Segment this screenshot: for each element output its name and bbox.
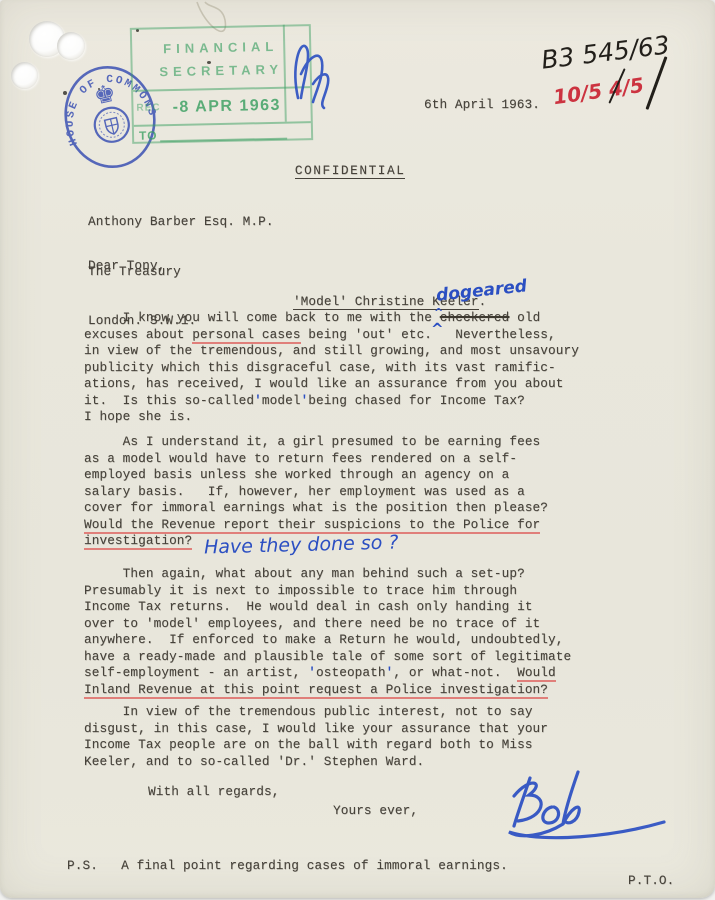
- typed-line: anywhere. If enforced to make a Return h…: [84, 632, 571, 649]
- typed-text: being chased for Income Tax?: [308, 393, 525, 408]
- typed-line: Presumably it is next to impossible to t…: [84, 583, 571, 600]
- typed-text: salary basis. If, however, her employmen…: [84, 484, 525, 499]
- stamp-to-label: TO: [139, 128, 158, 142]
- typed-text: anywhere. If enforced to make a Return h…: [84, 632, 564, 647]
- typed-line: it. Is this so-called'model'being chased…: [84, 393, 579, 410]
- typed-line: as a model would have to return fees ren…: [84, 451, 548, 468]
- typed-text: osteopath: [316, 665, 386, 680]
- typed-text: Income Tax returns. He would deal in cas…: [84, 599, 533, 614]
- typed-text: as a model would have to return fees ren…: [84, 451, 517, 466]
- punch-hole: [57, 32, 85, 60]
- red-date-note: 10/5 4/5: [552, 73, 646, 109]
- typed-text: self-employment - an artist,: [84, 665, 308, 680]
- typed-text: I know you will come back to me with the: [84, 310, 440, 325]
- typed-line: cover for immoral earnings what is the p…: [84, 500, 548, 517]
- closing-yours-ever: Yours ever,: [333, 803, 418, 820]
- typed-line: As I understand it, a girl presumed to b…: [84, 434, 548, 451]
- salutation: Dear Tony,: [88, 258, 165, 275]
- punch-hole: [11, 62, 38, 89]
- red-underlined-text: investigation?: [84, 533, 192, 550]
- stamp-rec-label: REC: [136, 102, 160, 114]
- typed-line: Then again, what about any man behind su…: [84, 566, 571, 583]
- typed-line: salary basis. If, however, her employmen…: [84, 484, 548, 501]
- typed-line: Inland Revenue at this point request a P…: [84, 682, 571, 699]
- registry-initials-scribble: [288, 34, 346, 112]
- typed-text: being 'out' etc. Nevertheless,: [301, 327, 556, 342]
- typed-line: I hope she is.: [84, 409, 579, 426]
- blue-ink-quote: ': [254, 393, 262, 408]
- please-turn-over: P.T.O.: [628, 873, 674, 890]
- margin-question-handwriting: Have they done so ?: [204, 531, 399, 558]
- struck-word: checkered: [440, 310, 510, 325]
- typed-text: publicity which this disgraceful case, w…: [84, 360, 556, 375]
- paragraph-3: Then again, what about any man behind su…: [84, 566, 571, 698]
- scanned-letter-page: { "colors":{ "typewriter_ink":"#46423a",…: [0, 0, 715, 900]
- typed-text: employed basis unless she worked through…: [84, 467, 509, 482]
- paragraph-4: In view of the tremendous public interes…: [84, 704, 548, 770]
- red-underlined-text: Would the Revenue report their suspicion…: [84, 517, 540, 534]
- typed-text: over to 'model' employees, and there nee…: [84, 616, 540, 631]
- paragraph-2: As I understand it, a girl presumed to b…: [84, 434, 548, 550]
- typed-text: Then again, what about any man behind su…: [84, 566, 525, 581]
- typed-line: Income Tax returns. He would deal in cas…: [84, 599, 571, 616]
- paragraph-1: I know you will come back to me with the…: [84, 310, 579, 426]
- stamp-to-row: TO: [134, 121, 311, 144]
- typed-line: over to 'model' employees, and there nee…: [84, 616, 571, 633]
- typed-line: I know you will come back to me with the…: [84, 310, 579, 327]
- typed-text: Keeler, and to so-called 'Dr.' Stephen W…: [84, 754, 424, 769]
- typed-line: In view of the tremendous public interes…: [84, 704, 548, 721]
- insertion-mark: ^: [434, 306, 443, 319]
- red-underlined-text: Inland Revenue at this point request a P…: [84, 682, 548, 699]
- typed-line: Income Tax people are on the ball with r…: [84, 737, 548, 754]
- typed-text: have a ready-made and plausible tale of …: [84, 649, 571, 664]
- typed-text: disgust, in this case, I would like your…: [84, 721, 548, 736]
- classification-heading: CONFIDENTIAL: [258, 146, 405, 196]
- typed-line: Would the Revenue report their suspicion…: [84, 517, 548, 534]
- letter-paper: HOUSE OF COMMONS ♚ FINANCIAL SECRETARY R…: [0, 0, 715, 898]
- typed-text: Presumably it is next to impossible to t…: [84, 583, 517, 598]
- letter-date: 6th April 1963.: [424, 97, 540, 114]
- file-reference-handwriting: B3 545/63: [540, 30, 672, 75]
- postscript: P.S. A final point regarding cases of im…: [67, 858, 508, 875]
- typed-line: ations, has received, I would like an as…: [84, 376, 579, 393]
- stamp-to-line: [160, 138, 287, 143]
- typed-line: in view of the tremendous, and still gro…: [84, 343, 579, 360]
- typed-text: I hope she is.: [84, 409, 192, 424]
- closing-regards: With all regards,: [148, 784, 279, 801]
- typed-text: in view of the tremendous, and still gro…: [84, 343, 579, 358]
- typed-text: , or what-not.: [393, 665, 517, 680]
- recipient-name: Anthony Barber Esq. M.P.: [88, 214, 274, 231]
- typed-text: model: [262, 393, 301, 408]
- black-cross-stroke: [646, 56, 668, 110]
- blue-ink-quote: ': [308, 665, 316, 680]
- red-underlined-text: Would: [517, 665, 556, 682]
- red-underlined-text: personal cases: [192, 327, 300, 344]
- typed-text: cover for immoral earnings what is the p…: [84, 500, 548, 515]
- typed-text: it. Is this so-called: [84, 393, 254, 408]
- typed-line: publicity which this disgraceful case, w…: [84, 360, 579, 377]
- typed-line: self-employment - an artist, 'osteopath'…: [84, 665, 571, 682]
- typed-line: excuses about personal cases being 'out'…: [84, 327, 579, 344]
- insertion-caret: ^: [431, 320, 444, 338]
- typed-line: have a ready-made and plausible tale of …: [84, 649, 571, 666]
- classification-text: CONFIDENTIAL: [295, 163, 406, 180]
- typed-line: employed basis unless she worked through…: [84, 467, 548, 484]
- typed-text: As I understand it, a girl presumed to b…: [84, 434, 540, 449]
- stamp-date: -8 APR 1963: [172, 96, 281, 116]
- typed-text: old: [509, 310, 540, 325]
- typed-text: ations, has received, I would like an as…: [84, 376, 564, 391]
- typed-line: disgust, in this case, I would like your…: [84, 721, 548, 738]
- typed-text: In view of the tremendous public interes…: [84, 704, 533, 719]
- financial-secretary-received-stamp: FINANCIAL SECRETARY REC -8 APR 1963 TO: [130, 24, 313, 144]
- typed-text: excuses about: [84, 327, 192, 342]
- signature-bob: [500, 766, 672, 850]
- typed-line: Keeler, and to so-called 'Dr.' Stephen W…: [84, 754, 548, 771]
- typed-text: Income Tax people are on the ball with r…: [84, 737, 533, 752]
